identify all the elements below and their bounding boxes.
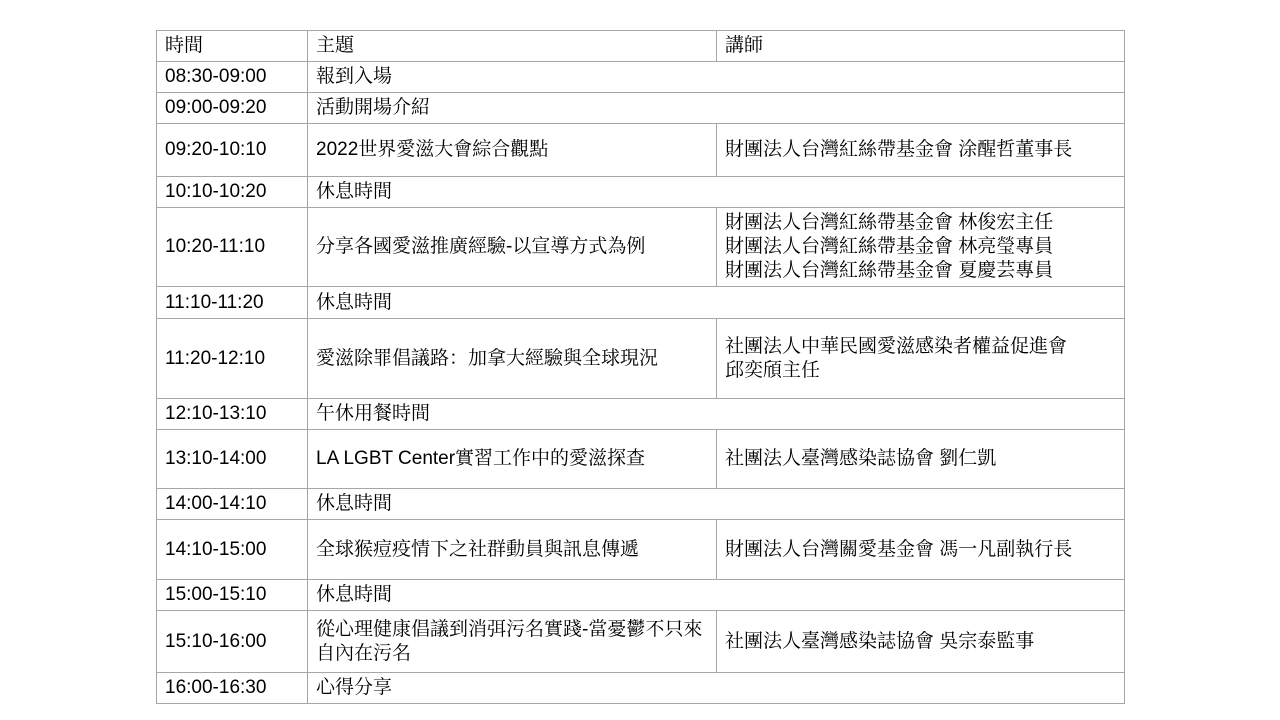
topic-cell: 活動開場介紹 <box>308 93 1125 124</box>
speaker-cell: 社團法人臺灣感染誌協會 吳宗泰監事 <box>717 611 1125 673</box>
speaker-line: 財團法人台灣紅絲帶基金會 林亮瑩專員 <box>725 235 1116 259</box>
speaker-line: 社團法人中華民國愛滋感染者權益促進會 <box>725 335 1116 359</box>
topic-cell: 午休用餐時間 <box>308 399 1125 430</box>
table-row: 15:00-15:10 休息時間 <box>157 580 1125 611</box>
header-speaker: 講師 <box>717 31 1125 62</box>
table-row: 11:20-12:10 愛滋除罪倡議路：加拿大經驗與全球現況 社團法人中華民國愛… <box>157 319 1125 399</box>
topic-cell: LA LGBT Center實習工作中的愛滋探查 <box>308 430 717 489</box>
speaker-line: 財團法人台灣紅絲帶基金會 林俊宏主任 <box>725 211 1116 235</box>
time-cell: 13:10-14:00 <box>157 430 308 489</box>
table-row: 11:10-11:20 休息時間 <box>157 287 1125 319</box>
speaker-line: 邱奕頎主任 <box>725 359 1116 383</box>
time-cell: 10:20-11:10 <box>157 208 308 287</box>
time-cell: 16:00-16:30 <box>157 673 308 704</box>
page: 時間 主題 講師 08:30-09:00 報到入場 09:00-09:20 活動… <box>0 0 1280 720</box>
speaker-cell: 財團法人台灣紅絲帶基金會 林俊宏主任 財團法人台灣紅絲帶基金會 林亮瑩專員 財團… <box>717 208 1125 287</box>
table-row: 08:30-09:00 報到入場 <box>157 62 1125 93</box>
topic-cell: 2022世界愛滋大會綜合觀點 <box>308 124 717 177</box>
topic-cell: 休息時間 <box>308 580 1125 611</box>
topic-cell: 分享各國愛滋推廣經驗-以宣導方式為例 <box>308 208 717 287</box>
speaker-cell: 社團法人臺灣感染誌協會 劉仁凱 <box>717 430 1125 489</box>
table-row: 13:10-14:00 LA LGBT Center實習工作中的愛滋探查 社團法… <box>157 430 1125 489</box>
table-row: 10:20-11:10 分享各國愛滋推廣經驗-以宣導方式為例 財團法人台灣紅絲帶… <box>157 208 1125 287</box>
speaker-line: 財團法人台灣紅絲帶基金會 夏慶芸專員 <box>725 259 1116 283</box>
topic-cell: 全球猴痘疫情下之社群動員與訊息傳遞 <box>308 520 717 580</box>
topic-cell: 從心理健康倡議到消弭污名實踐-當憂鬱不只來自內在污名 <box>308 611 717 673</box>
header-topic: 主題 <box>308 31 717 62</box>
time-cell: 15:00-15:10 <box>157 580 308 611</box>
table-row: 10:10-10:20 休息時間 <box>157 177 1125 208</box>
header-time: 時間 <box>157 31 308 62</box>
table-row: 14:00-14:10 休息時間 <box>157 489 1125 520</box>
time-cell: 11:10-11:20 <box>157 287 308 319</box>
topic-cell: 休息時間 <box>308 177 1125 208</box>
table-row: 14:10-15:00 全球猴痘疫情下之社群動員與訊息傳遞 財團法人台灣關愛基金… <box>157 520 1125 580</box>
table-row: 09:20-10:10 2022世界愛滋大會綜合觀點 財團法人台灣紅絲帶基金會 … <box>157 124 1125 177</box>
time-cell: 08:30-09:00 <box>157 62 308 93</box>
time-cell: 11:20-12:10 <box>157 319 308 399</box>
table-row: 12:10-13:10 午休用餐時間 <box>157 399 1125 430</box>
time-cell: 09:20-10:10 <box>157 124 308 177</box>
table-row: 16:00-16:30 心得分享 <box>157 673 1125 704</box>
topic-cell: 休息時間 <box>308 489 1125 520</box>
time-cell: 09:00-09:20 <box>157 93 308 124</box>
topic-cell: 愛滋除罪倡議路：加拿大經驗與全球現況 <box>308 319 717 399</box>
time-cell: 12:10-13:10 <box>157 399 308 430</box>
topic-cell: 休息時間 <box>308 287 1125 319</box>
header-row: 時間 主題 講師 <box>157 31 1125 62</box>
speaker-cell: 財團法人台灣紅絲帶基金會 涂醒哲董事長 <box>717 124 1125 177</box>
time-cell: 10:10-10:20 <box>157 177 308 208</box>
time-cell: 15:10-16:00 <box>157 611 308 673</box>
schedule-table: 時間 主題 講師 08:30-09:00 報到入場 09:00-09:20 活動… <box>156 30 1125 704</box>
speaker-cell: 財團法人台灣關愛基金會 馮一凡副執行長 <box>717 520 1125 580</box>
time-cell: 14:00-14:10 <box>157 489 308 520</box>
table-row: 15:10-16:00 從心理健康倡議到消弭污名實踐-當憂鬱不只來自內在污名 社… <box>157 611 1125 673</box>
table-row: 09:00-09:20 活動開場介紹 <box>157 93 1125 124</box>
topic-cell: 報到入場 <box>308 62 1125 93</box>
time-cell: 14:10-15:00 <box>157 520 308 580</box>
topic-cell: 心得分享 <box>308 673 1125 704</box>
speaker-cell: 社團法人中華民國愛滋感染者權益促進會 邱奕頎主任 <box>717 319 1125 399</box>
